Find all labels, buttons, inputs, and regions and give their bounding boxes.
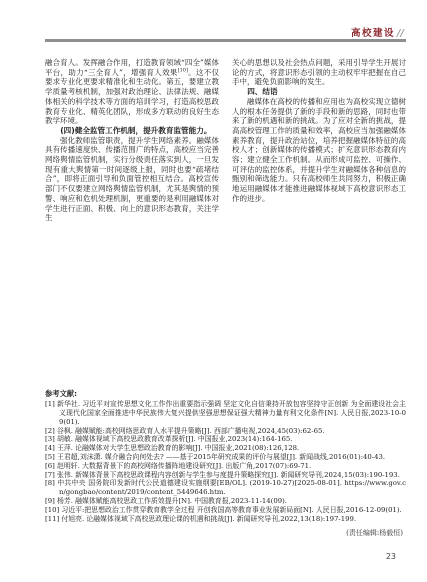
- reference-item: [8] 中共中央 国务院印发新时代公民道德建设实施纲要[EB/OL]. (201…: [45, 479, 406, 497]
- reference-item: [6] 赵明轩. 大数据背景下的高校网络传播阵地建设研究[J]. 出版广角,20…: [45, 462, 406, 471]
- paragraph-continuation: 融合育人。发挥融合作用，打造教育领域“四全”媒体平台，助力“三全育人”，增强育人…: [45, 58, 219, 126]
- reference-item: [4] 王萍. 论融媒体对大学生思想政治教育的影响[J]. 中国报业,2021(…: [45, 444, 406, 453]
- header-divider: [45, 39, 406, 42]
- reference-item: [9] 杨芳. 融媒体赋能高校思政工作质效提升[N]. 中国教育报,2023-1…: [45, 497, 406, 506]
- column-right: 关心的思想以及社会热点问题，采用引导学生开展讨论的方式，将意识形态引领的主动权牢…: [232, 58, 406, 223]
- section-label: 高校建设: [351, 28, 395, 39]
- column-left: 融合育人。发挥融合作用，打造教育领域“四全”媒体平台，助力“三全育人”，增强育人…: [45, 58, 219, 223]
- paragraph-text: 。这不仅要求专业化更要求精准化和生动化。第五，要建立教学质量考核机制，加强对政治…: [45, 68, 219, 126]
- reference-item: [5] 王君超,刘沫潇. 媒介融合向何处去? ——基于2015年研究成果的评价与…: [45, 453, 406, 462]
- subsection-heading: (四)健全监管工作机制，提升教育监管能力。: [45, 126, 219, 136]
- citation-superscript: [10]: [178, 67, 188, 73]
- references-section: 参考文献: [1] 新华社. 习近平对宣传思想文化工作作出重要指示强调 坚定文化…: [45, 390, 406, 523]
- paragraph: 强化教师监管职责，提升学生网络素养。融媒体具有传播速度快、传播范围广的特点，高校…: [45, 136, 219, 223]
- page-number: 23: [386, 552, 396, 561]
- article-body: 融合育人。发挥融合作用，打造教育领域“四全”媒体平台，助力“三全育人”，增强育人…: [45, 58, 406, 223]
- reference-item: [1] 新华社. 习近平对宣传思想文化工作作出重要指示强调 坚定文化自信秉持开放…: [45, 400, 406, 426]
- paragraph-continuation: 关心的思想以及社会热点问题，采用引导学生开展讨论的方式，将意识形态引领的主动权牢…: [232, 58, 406, 87]
- page-header-section: 高校建设//: [351, 25, 404, 39]
- section-heading-conclusion: 四、结语: [232, 87, 406, 97]
- reference-item: [10] 习近平:把思想政治工作贯穿教育教学全过程 开创我国高等教育事业发展新局…: [45, 506, 406, 515]
- journal-page: 高校建设// 融合育人。发挥融合作用，打造教育领域“四全”媒体平台，助力“三全育…: [0, 0, 427, 582]
- paragraph: 融媒体在高校的传播和应用也为高校实现立德树人的根本任务提供了新的手段和新的思路，…: [232, 97, 406, 204]
- header-slashes-icon: //: [397, 28, 404, 39]
- reference-item: [11] 付旭亮. 论融媒体视域下高校思政理论课的机遇和挑战[J]. 新闻研究导…: [45, 515, 406, 524]
- reference-item: [3] 胡敏. 融媒体视域下高校思政教育改革探析[J]. 中国报业,2023(1…: [45, 435, 406, 444]
- references-title: 参考文献:: [45, 390, 406, 399]
- responsible-editor-note: (责任编辑:杨毅恒): [346, 528, 403, 538]
